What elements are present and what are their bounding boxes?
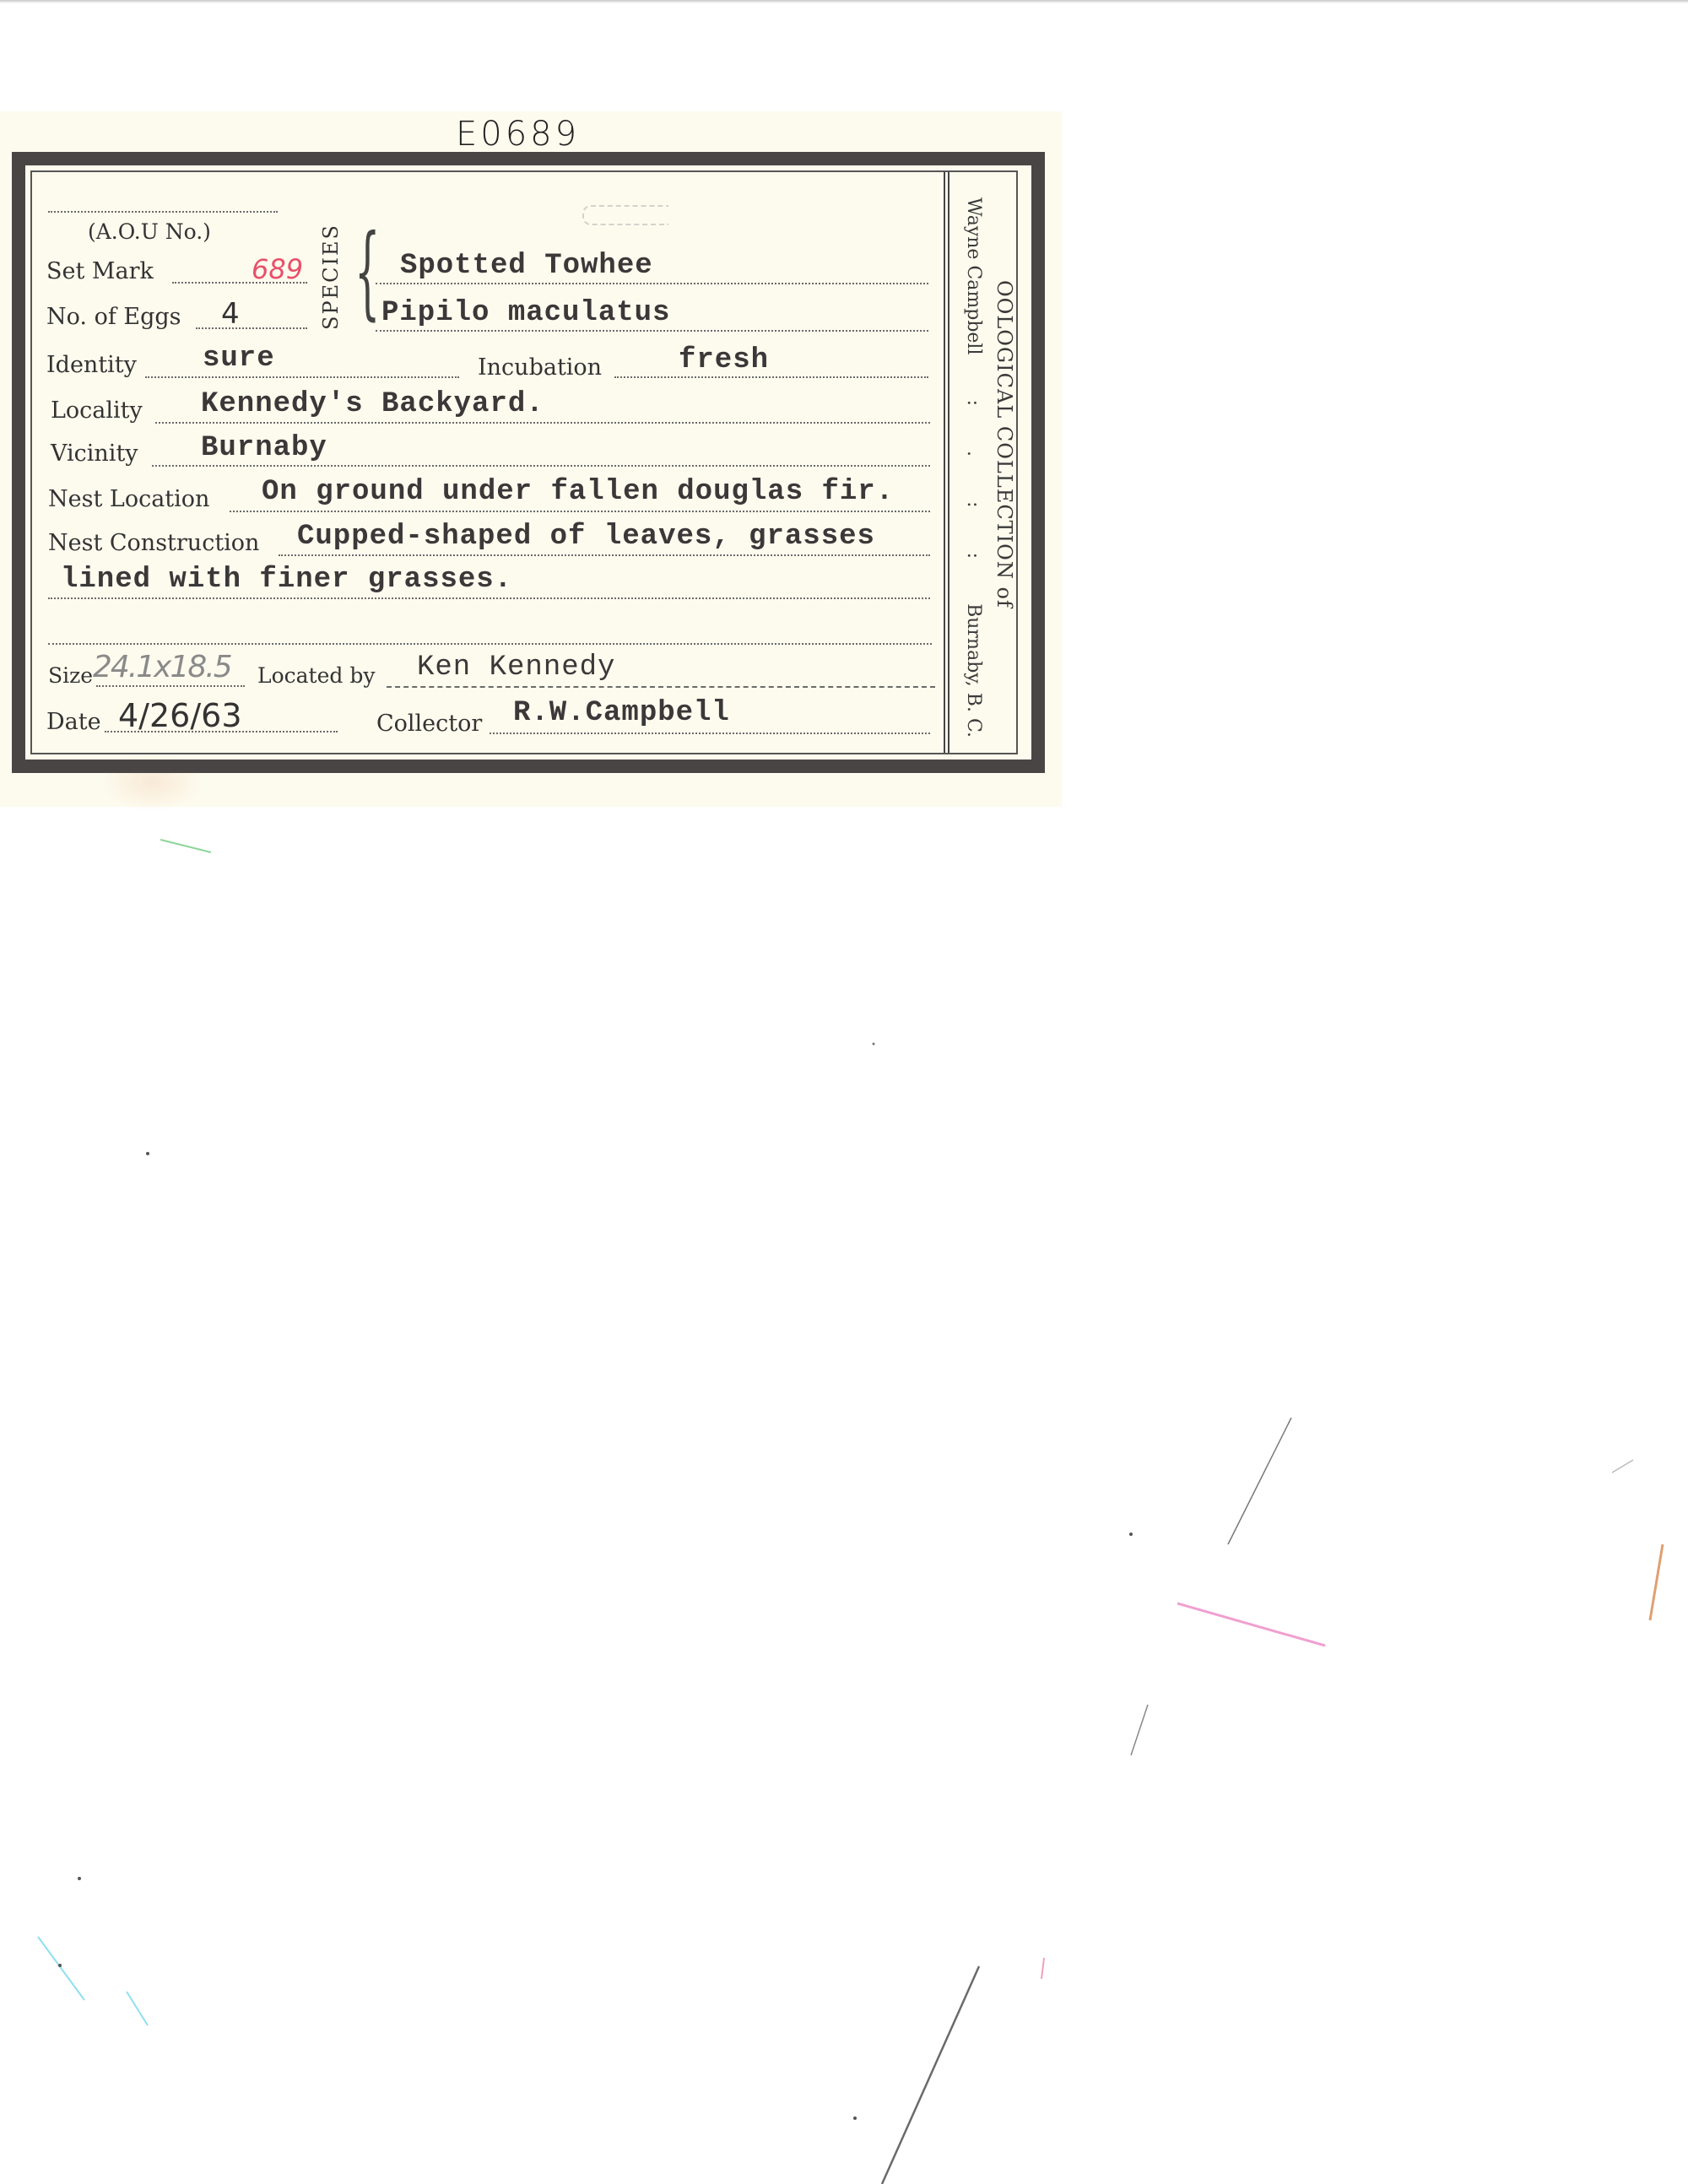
nest-location-label: Nest Location <box>48 486 209 512</box>
collector-line <box>490 733 930 734</box>
date-label: Date <box>46 709 101 735</box>
identity-label: Identity <box>46 352 137 378</box>
collector-value: R.W.Campbell <box>513 697 730 729</box>
nest-construction-line2 <box>48 597 930 599</box>
faint-stamp-mark <box>582 205 668 225</box>
species-bracket: { <box>354 218 381 327</box>
separator: : <box>963 400 984 406</box>
incubation-label: Incubation <box>478 354 602 381</box>
identity-value: sure <box>203 343 275 375</box>
aou-number-line <box>48 211 278 213</box>
collector-label: Collector <box>376 711 482 737</box>
separator: . <box>963 451 984 457</box>
incubation-line <box>614 376 928 378</box>
species-common-line <box>376 283 928 284</box>
species-scientific-name: Pipilo maculatus <box>381 297 670 329</box>
nest-location-line <box>230 511 930 512</box>
located-by-line <box>387 686 935 688</box>
set-mark-label: Set Mark <box>46 258 154 284</box>
nest-construction-line <box>279 554 930 556</box>
size-value: 24.1x18.5 <box>93 650 231 684</box>
located-by-value: Ken Kennedy <box>417 651 615 684</box>
vicinity-value: Burnaby <box>201 432 327 464</box>
side-panel-divider <box>944 172 949 753</box>
date-value: 4/26/63 <box>118 697 242 734</box>
located-by-label: Located by <box>257 663 375 688</box>
no-of-eggs-label: No. of Eggs <box>46 304 181 330</box>
side-panel: OOLOGICAL COLLECTION of Wayne Campbell :… <box>954 172 1021 753</box>
locality-line <box>155 422 930 424</box>
nest-location-value: On ground under fallen douglas fir. <box>262 476 894 508</box>
collection-owner: Wayne Campbell <box>963 197 984 355</box>
separator: : <box>963 501 984 507</box>
blank-line <box>48 643 932 645</box>
catalog-number: E0689 <box>456 115 580 154</box>
no-of-eggs-line <box>196 327 307 329</box>
species-scientific-line <box>376 330 928 332</box>
identity-line <box>145 376 459 378</box>
collection-title: OOLOGICAL COLLECTION of <box>993 172 1016 753</box>
incubation-value: fresh <box>679 344 769 376</box>
no-of-eggs-value: 4 <box>221 297 240 331</box>
set-mark-value: 689 <box>252 253 303 285</box>
collection-place: Burnaby, B. C. <box>963 603 984 738</box>
size-line <box>96 685 245 687</box>
species-common-name: Spotted Towhee <box>400 250 653 282</box>
collection-owner-line: Wayne Campbell : . : : Burnaby, B. C. <box>963 197 984 738</box>
nest-construction-label: Nest Construction <box>48 530 259 556</box>
scanner-edge <box>0 0 1688 3</box>
size-label: Size <box>48 663 93 688</box>
species-label: SPECIES <box>319 221 344 332</box>
aou-label: (A.O.U No.) <box>88 219 211 244</box>
nest-construction-value-line2: lined with finer grasses. <box>61 564 512 596</box>
locality-value: Kennedy's Backyard. <box>201 388 544 420</box>
locality-label: Locality <box>51 397 143 424</box>
vicinity-line <box>152 465 930 467</box>
nest-construction-value-line1: Cupped-shaped of leaves, grasses <box>297 521 875 553</box>
separator: : <box>963 553 984 559</box>
vicinity-label: Vicinity <box>51 441 138 467</box>
